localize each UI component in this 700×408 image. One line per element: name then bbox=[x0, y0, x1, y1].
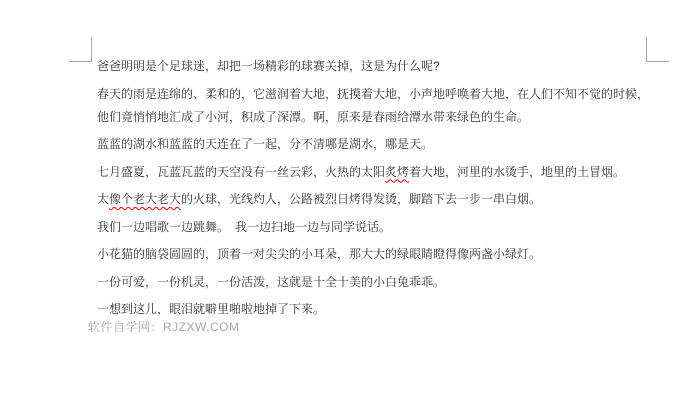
margin-crop-mark-left-icon bbox=[69, 37, 92, 62]
watermark-text: 软件自学网：RJZXW.COM bbox=[88, 320, 240, 335]
paragraph[interactable]: 小花猫的脑袋圆圆的，顶着一对尖尖的小耳朵，那大大的绿眼睛瞪得像两盏小绿灯。 bbox=[97, 243, 651, 266]
document-page: 爸爸明明是个足球迷，却把一场精彩的球赛关掉，这是为什么呢?春天的雨是连绵的、柔和… bbox=[0, 0, 700, 408]
paragraph-text: 着大地，河里的水烫手，地里的土冒烟。 bbox=[409, 165, 625, 179]
paragraph[interactable]: 春天的雨是连绵的、柔和的，它滋润着大地，抚摸着大地，小声地呼唤着大地，在人们不知… bbox=[97, 83, 651, 129]
paragraph[interactable]: 爸爸明明是个足球迷，却把一场精彩的球赛关掉，这是为什么呢? bbox=[97, 55, 651, 78]
spellcheck-flagged-text: 像个老大老大 bbox=[109, 192, 181, 206]
paragraph[interactable]: 太像个老大老大的火球，光线灼人，公路被烈日烤得发烫，脚踏下去一步一串白烟。 bbox=[97, 188, 651, 211]
paragraph[interactable]: 我们一边唱歌一边跳舞。 我一边扫地一边与同学说话。 bbox=[97, 216, 651, 239]
paragraph[interactable]: 一想到这儿，眼泪就噼里啪啦地掉了下来。 bbox=[97, 298, 651, 321]
paragraph-text: 的火球，光线灼人，公路被烈日烤得发烫，脚踏下去一步一串白烟。 bbox=[181, 192, 541, 206]
paragraph[interactable]: 蓝蓝的湖水和蓝蓝的天连在了一起，分不清哪是湖水，哪是天。 bbox=[97, 133, 651, 156]
paragraph[interactable]: 一份可爱，一份机灵，一份活泼，这就是十全十美的小白兔乖乖。 bbox=[97, 271, 651, 294]
document-text-area[interactable]: 爸爸明明是个足球迷，却把一场精彩的球赛关掉，这是为什么呢?春天的雨是连绵的、柔和… bbox=[97, 55, 651, 326]
spellcheck-flagged-text: 炙烤 bbox=[385, 165, 409, 179]
paragraph-text: 七月盛夏，瓦蓝瓦蓝的天空没有一丝云彩，火热的太阳 bbox=[97, 165, 385, 179]
paragraph-text: 太 bbox=[97, 192, 109, 206]
paragraph[interactable]: 七月盛夏，瓦蓝瓦蓝的天空没有一丝云彩，火热的太阳炙烤着大地，河里的水烫手，地里的… bbox=[97, 161, 651, 184]
